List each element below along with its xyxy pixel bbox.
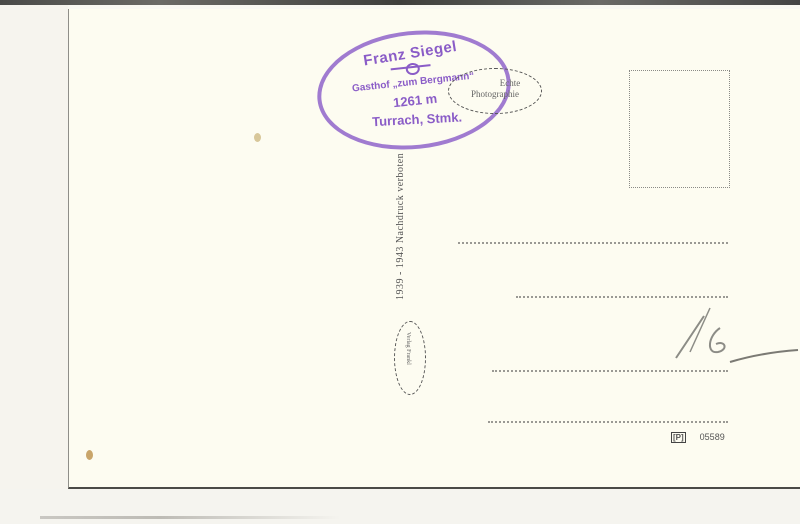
photo-mark-line1: Echte bbox=[449, 78, 541, 89]
publisher-oval-text: Verlag Frankl bbox=[405, 332, 411, 365]
catalog-code: [P]05589 bbox=[671, 432, 725, 443]
publisher-logo-icon: [P] bbox=[671, 432, 686, 443]
scanner-top-edge bbox=[0, 0, 800, 5]
stamp-ornament-icon bbox=[391, 64, 431, 70]
address-line-1 bbox=[458, 242, 728, 244]
catalog-number: 05589 bbox=[700, 432, 725, 442]
scan-artifact bbox=[40, 516, 340, 519]
publisher-oval-mark: Verlag Frankl bbox=[394, 321, 426, 395]
address-line-2 bbox=[516, 296, 728, 298]
scan-margin-left bbox=[0, 5, 68, 495]
address-line-3 bbox=[492, 370, 728, 372]
echte-photographie-mark: Echte Photographie bbox=[448, 68, 542, 114]
paper-stain bbox=[86, 450, 93, 460]
address-line-4 bbox=[488, 421, 728, 423]
postage-stamp-box bbox=[629, 70, 730, 188]
photo-mark-line2: Photographie bbox=[449, 89, 541, 100]
handwritten-pencil-mark bbox=[670, 306, 800, 366]
vertical-imprint: 1939 - 1943 Nachdruck verboten bbox=[395, 153, 406, 300]
paper-stain bbox=[254, 133, 261, 142]
